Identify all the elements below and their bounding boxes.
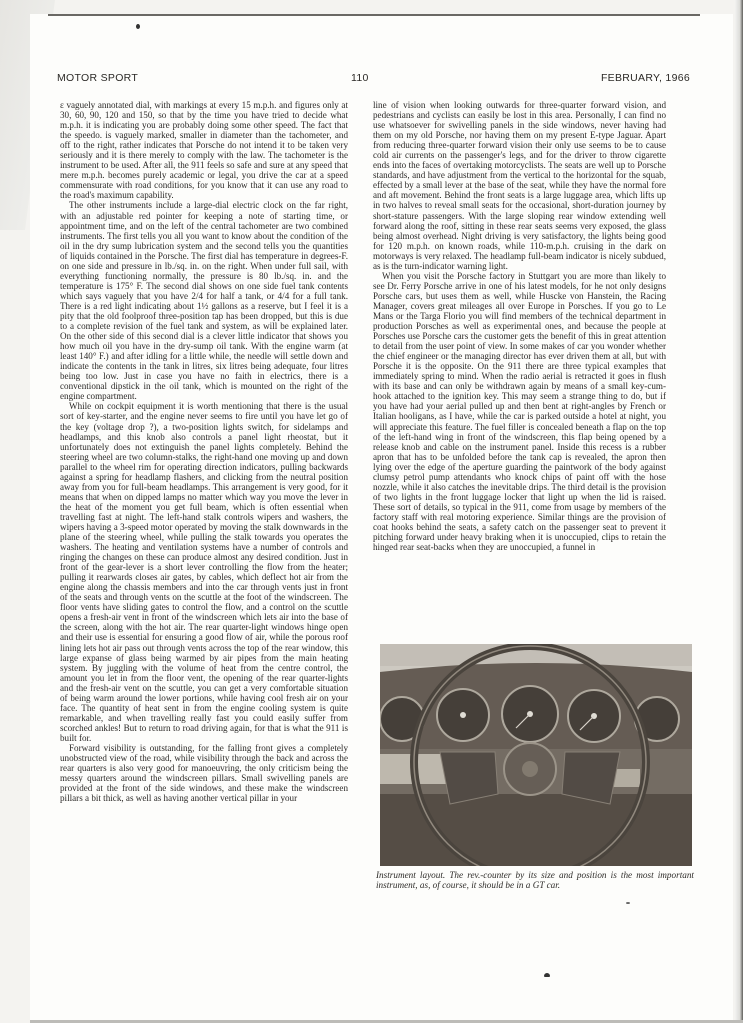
paragraph: line of vision when looking outwards for… bbox=[373, 100, 666, 271]
publication-title: MOTOR SPORT bbox=[57, 72, 138, 84]
top-rule bbox=[48, 14, 700, 16]
article-column-left: ɛ vaguely annotated dial, with markings … bbox=[60, 100, 348, 803]
page-header: MOTOR SPORT 110 FEBRUARY, 1966 bbox=[57, 72, 690, 88]
page-number: 110 bbox=[351, 72, 369, 84]
dashboard-photo bbox=[380, 644, 692, 866]
paragraph: While on cockpit equipment it is worth m… bbox=[60, 401, 348, 743]
steering-wheel-dashboard-image bbox=[380, 644, 692, 866]
paragraph: When you visit the Porsche factory in St… bbox=[373, 271, 666, 552]
issue-date: FEBRUARY, 1966 bbox=[601, 72, 690, 84]
scan-speck bbox=[136, 24, 140, 29]
figure-caption: Instrument layout. The rev.-counter by i… bbox=[376, 870, 694, 891]
paragraph: Forward visibility is outstanding, for t… bbox=[60, 743, 348, 803]
scan-speck bbox=[544, 973, 550, 977]
scan-speck bbox=[626, 902, 630, 904]
scan-border-right bbox=[735, 0, 743, 1023]
paragraph: The other instruments include a large-di… bbox=[60, 200, 348, 401]
paragraph: ɛ vaguely annotated dial, with markings … bbox=[60, 100, 348, 200]
article-column-right: line of vision when looking outwards for… bbox=[373, 100, 666, 552]
